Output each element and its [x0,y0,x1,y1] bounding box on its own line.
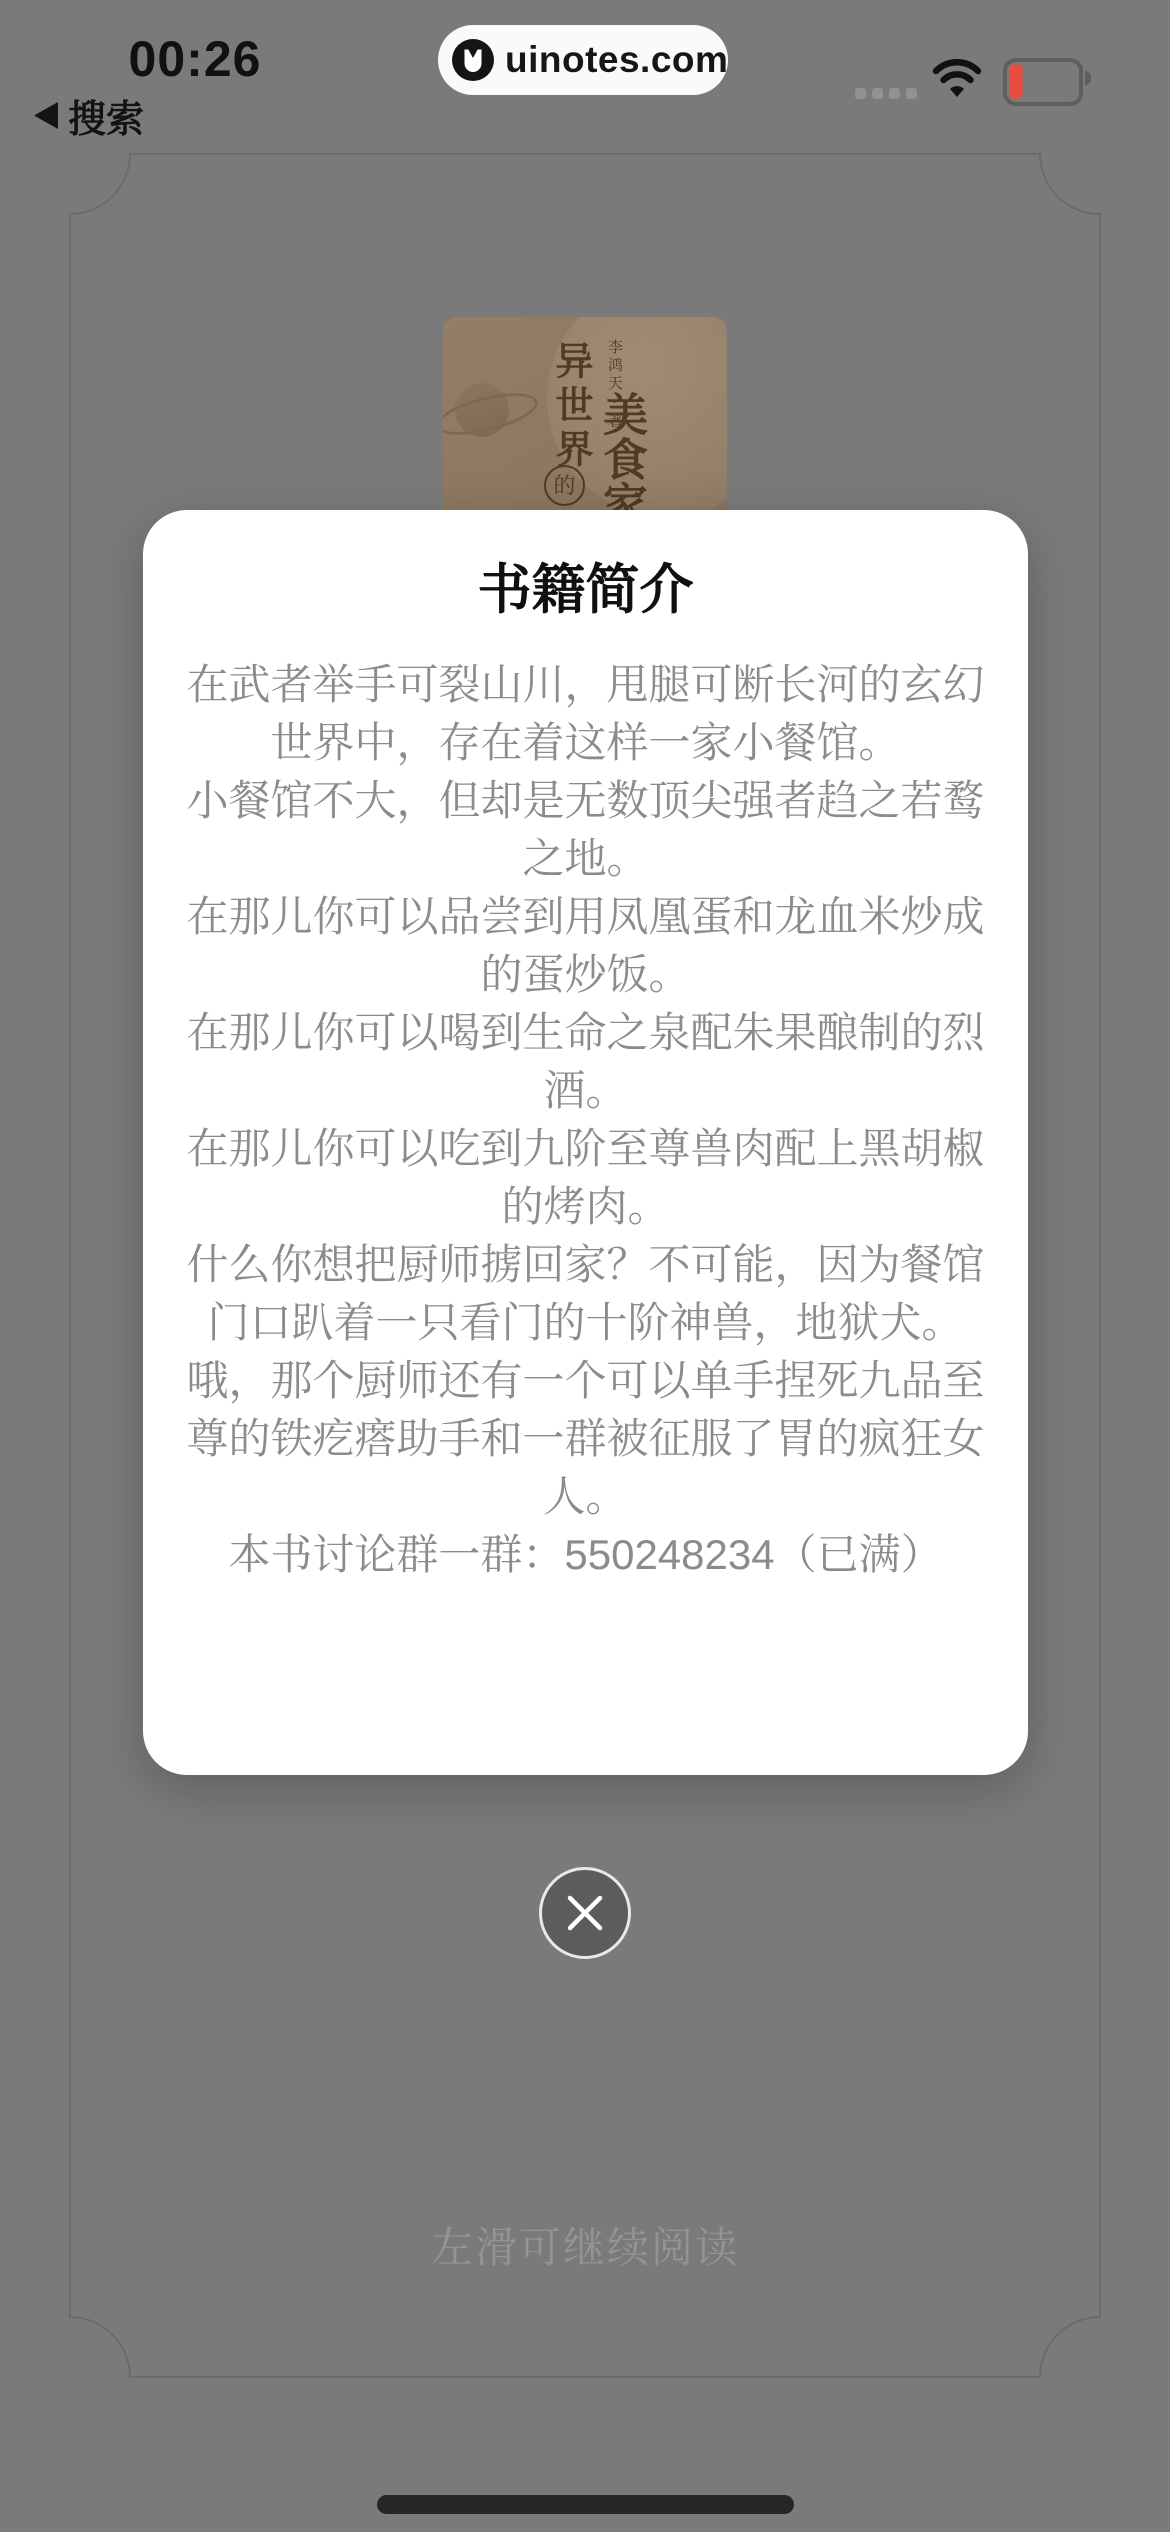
battery-nub [1085,71,1091,85]
cover-title-particle: 的 [544,465,585,506]
uinotes-logo-icon [452,39,494,81]
book-cover: 李鸿天·著 异世界 的 美食家 [443,317,727,527]
battery-fill [1010,65,1023,99]
swipe-hint: 左滑可继续阅读 [0,2215,1170,2275]
pill-label: uinotes.com [505,39,728,81]
back-label: 搜索 [68,88,144,143]
signal-dot [855,88,866,99]
screen: 00:26 uinotes.com 搜索 [0,0,1170,2532]
modal-title: 书籍简介 [143,510,1028,620]
close-button[interactable] [539,1867,631,1959]
modal-body: 在武者举手可裂山川，甩腿可断长河的玄幻世界中，存在着这样一家小餐馆。 小餐馆不大… [143,656,1028,1584]
uinotes-pill: uinotes.com [438,25,728,95]
wifi-icon [931,56,983,100]
signal-dot [906,88,917,99]
cover-title-right: 美食家 [589,391,654,526]
book-intro-modal: 书籍简介 在武者举手可裂山川，甩腿可断长河的玄幻世界中，存在着这样一家小餐馆。 … [143,510,1028,1775]
battery-low-icon [1003,58,1083,106]
home-indicator[interactable] [377,2495,794,2514]
signal-dots-icon [855,88,917,99]
back-to-search-button[interactable]: 搜索 [34,88,144,143]
signal-dot [889,88,900,99]
status-time: 00:26 [120,30,270,88]
signal-dot [872,88,883,99]
status-bar: 00:26 uinotes.com [0,0,1170,150]
close-x-icon [562,1890,608,1936]
back-triangle-icon [34,102,58,129]
